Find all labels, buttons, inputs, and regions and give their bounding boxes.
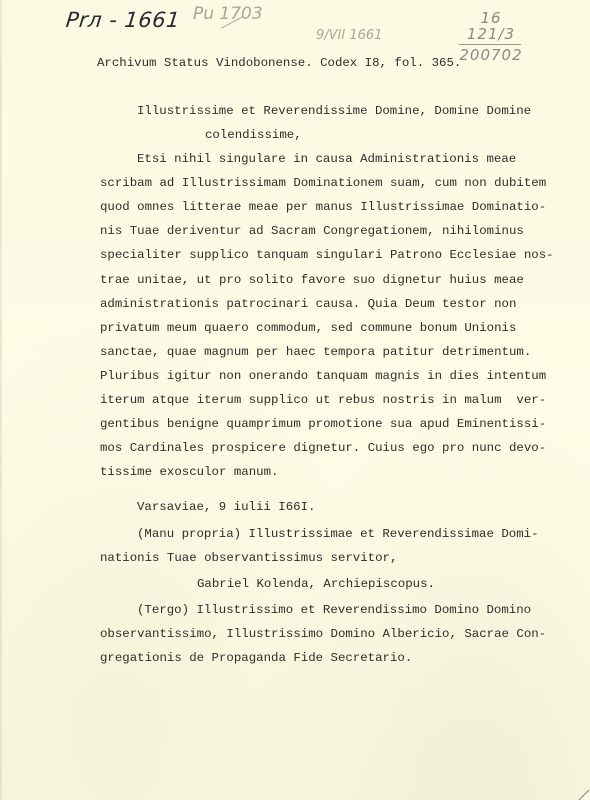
archive-number-fraction: 16 121/3 200702 [455,10,527,63]
page-corner-fold [576,790,590,800]
salutation-line-2: colendissime, [205,128,302,142]
address-line-2: observantissimo, Illustrissimo Domino Al… [100,627,546,641]
body-line: gentibus benigne quamprimum promotione s… [100,417,546,431]
fraction-denominator: 200702 [455,47,527,63]
page-edge-shadow [0,0,3,800]
signature: Gabriel Kolenda, Archiepiscopus. [197,577,435,591]
address-line-1: (Tergo) Illustrissimo et Reverendissimo … [137,603,531,617]
fraction-bar [459,44,521,45]
salutation-line-1: Illustrissime et Reverendissime Domine, … [137,104,531,118]
date-line: Varsaviae, 9 iulii I66I. [137,500,315,514]
address-line-3: gregationis de Propaganda Fide Secretari… [100,651,412,665]
body-line: administrationis patrocinari causa. Quia… [100,297,516,311]
body-line: tissime exosculor manum. [100,465,278,479]
pencil-date: 9/VII 1661 [316,28,382,43]
document-page: Prл - 1661 Pu 1703 9/VII 1661 16 121/3 2… [0,0,590,800]
handwritten-reference: Prл - 1661 [65,8,182,32]
body-line: scribam ad Illustrissimam Dominationem s… [100,176,546,190]
body-line: nis Tuae deriventur ad Sacram Congregati… [100,224,524,238]
body-line: sanctae, quae magnum per haec tempora pa… [100,345,531,359]
fraction-numerator: 16 121/3 [455,10,527,42]
body-line: iterum atque iterum supplico ut rebus no… [100,393,546,407]
body-line: privatum meum quaero commodum, sed commu… [100,321,516,335]
source-citation: Archivum Status Vindobonense. Codex I8, … [97,56,461,70]
body-line: specialiter supplico tanquam singulari P… [100,248,554,262]
body-line: trae unitae, ut pro solito favore suo di… [100,273,524,287]
closing-line-1: (Manu propria) Illustrissimae et Reveren… [137,527,539,541]
closing-line-2: nationis Tuae observantissimus servitor, [100,551,397,565]
pencil-note: Pu 1703 [193,4,263,24]
body-line: quod omnes litterae meae per manus Illus… [100,200,546,214]
body-line: mos Cardinales prospicere dignetur. Cuiu… [100,441,546,455]
body-line: Pluribus igitur non onerando tanquam mag… [100,369,546,383]
body-line: Etsi nihil singulare in causa Administra… [137,152,516,166]
